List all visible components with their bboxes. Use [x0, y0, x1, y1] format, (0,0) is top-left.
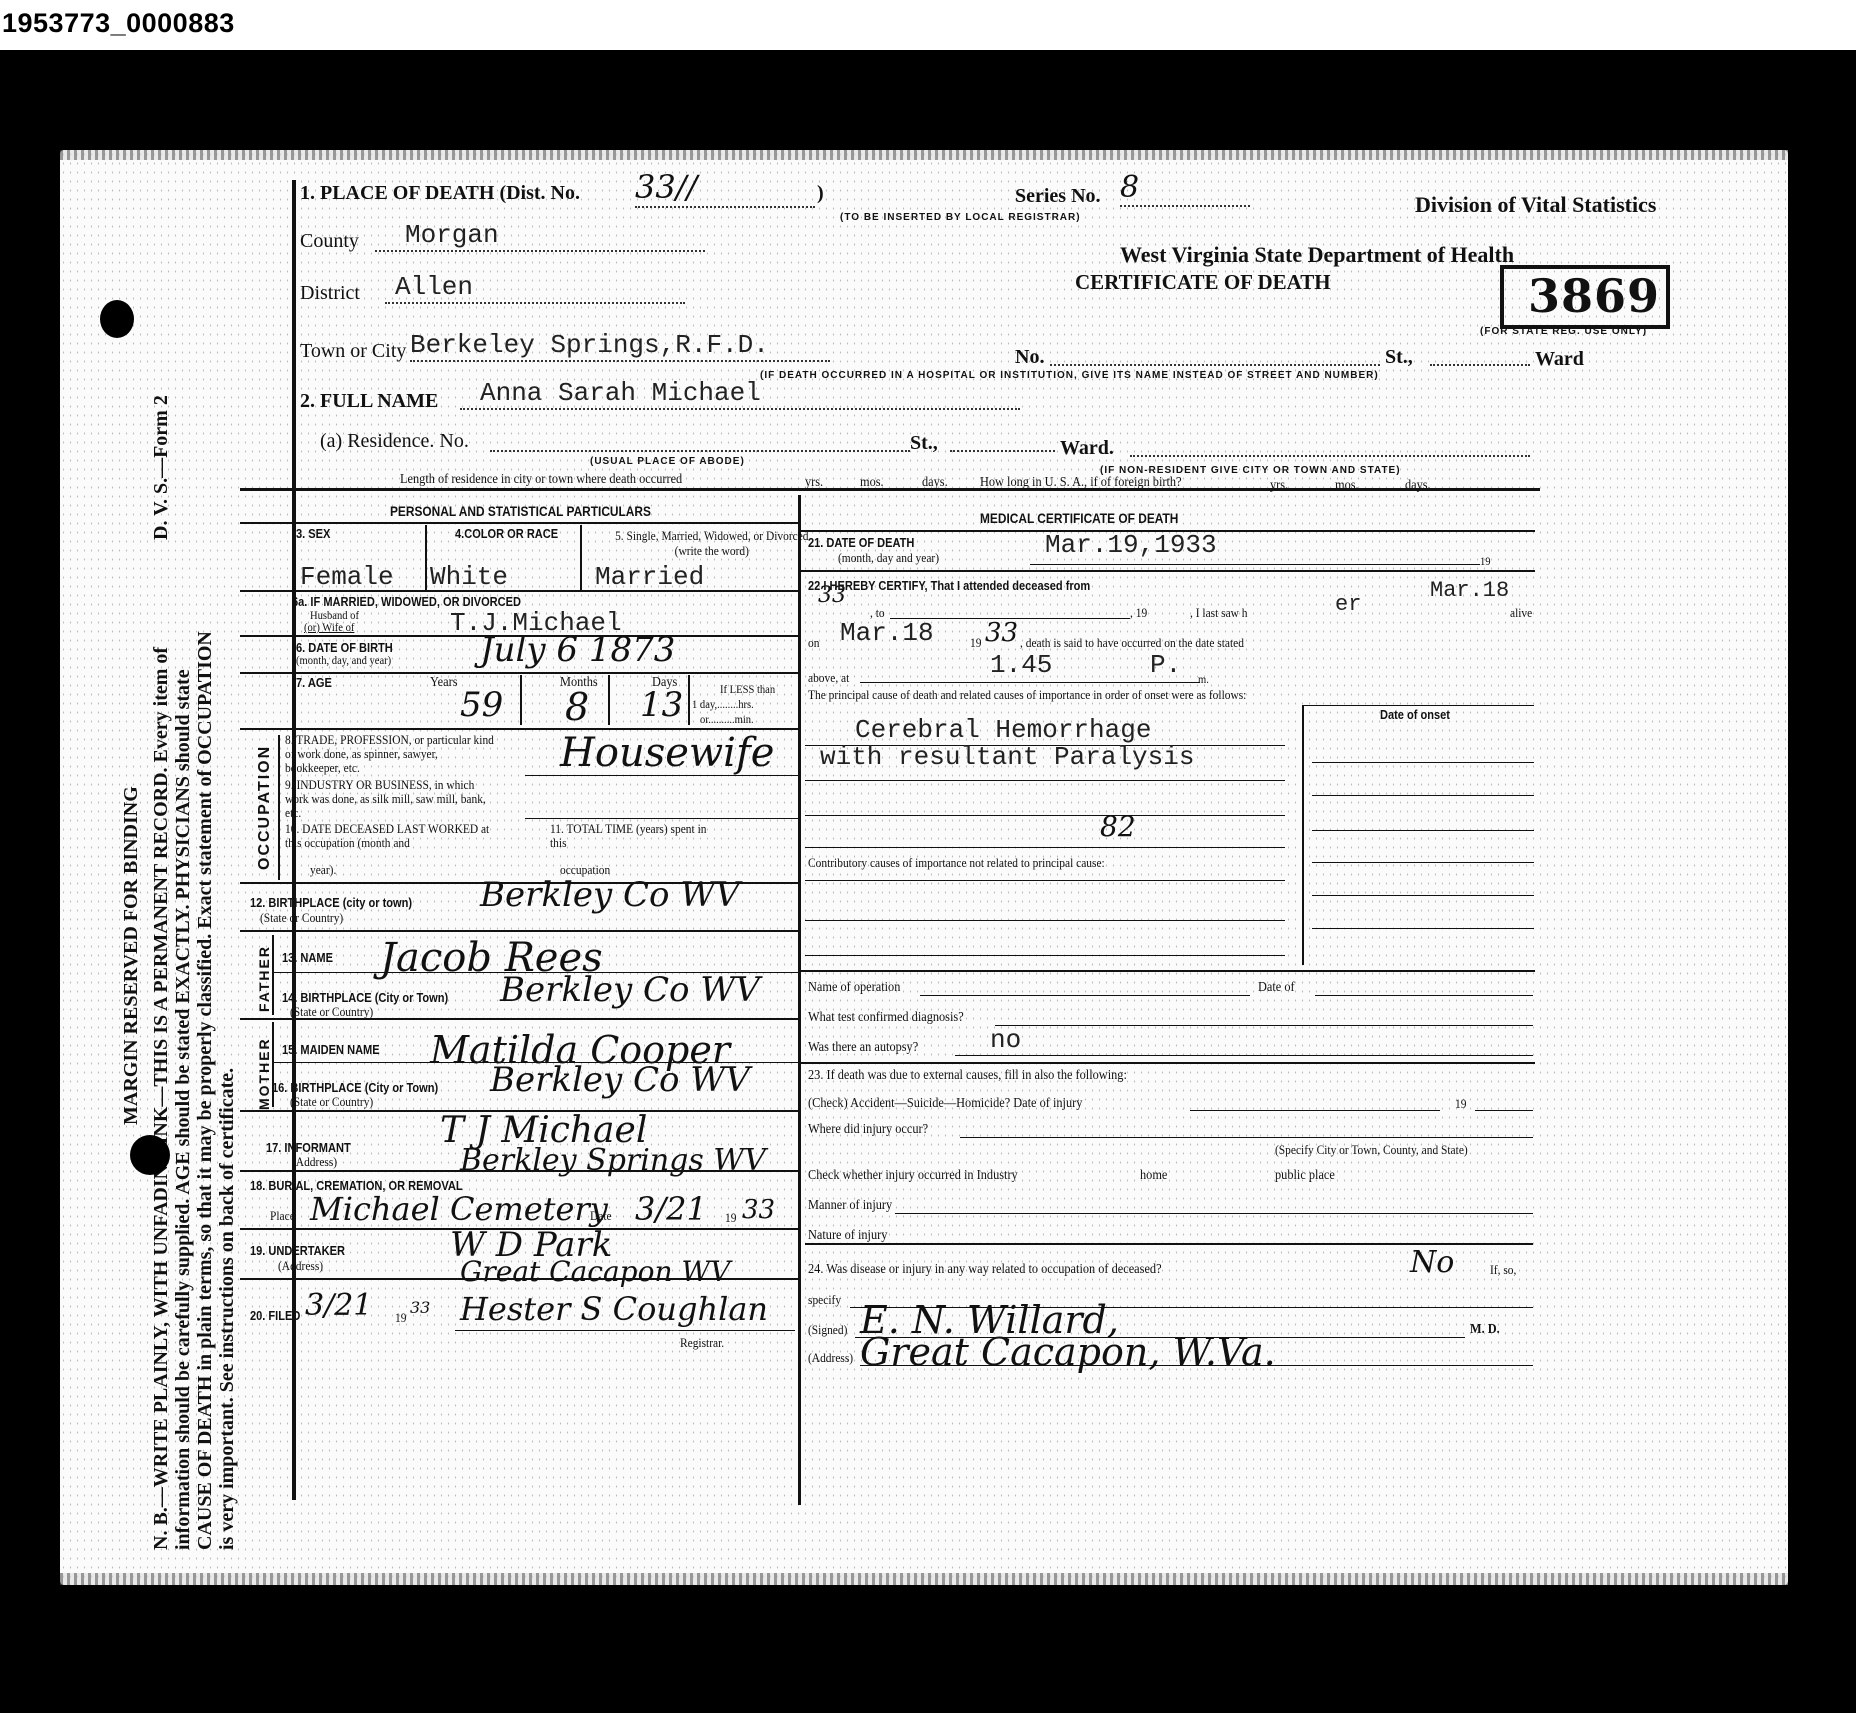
occupation-related-label: 24. Was disease or injury in any way rel…: [808, 1262, 1162, 1278]
last-seen-year: 33: [985, 618, 1018, 648]
race-value: White: [430, 562, 508, 592]
mother-bp-value: Berkley Co WV: [490, 1060, 750, 1100]
file-header: 1953773_0000883: [0, 0, 1856, 50]
town-label: Town or City: [300, 340, 406, 363]
dob-sub: (month, day, and year): [296, 653, 391, 668]
rule: [688, 675, 690, 725]
above-at-label: above, at: [808, 670, 849, 686]
rule: [955, 1055, 1533, 1056]
registrar-signature: Hester S Coughlan: [460, 1290, 768, 1328]
burial-place-value: Michael Cemetery: [310, 1190, 608, 1228]
attended-from: Mar.18: [1430, 578, 1509, 603]
autopsy-label: Was there an autopsy?: [808, 1040, 918, 1056]
attended-from-year: 33: [818, 583, 846, 608]
rule: [240, 1170, 798, 1172]
rule: [425, 525, 427, 590]
dist-note: (TO BE INSERTED BY LOCAL REGISTRAR): [840, 212, 1081, 223]
department-title: West Virginia State Department of Health: [1120, 242, 1514, 268]
street-label: St.,: [1385, 346, 1413, 369]
day-hrs-label: 1 day,........hrs.: [692, 697, 754, 712]
death-said-label: , death is said to have occurred on the …: [1020, 635, 1244, 651]
usa-mos: mos.: [1335, 478, 1359, 494]
marital-label: 5. Single, Married, Widowed, or Divorced…: [615, 528, 809, 558]
to-19: , 19: [1130, 605, 1147, 621]
burial-date-label: Date: [590, 1208, 612, 1224]
burial-place-label: Place: [270, 1208, 295, 1224]
if-so-label: If, so,: [1490, 1262, 1516, 1278]
rule: [608, 675, 610, 725]
punch-hole-bottom: [130, 1135, 170, 1175]
residence-field: [490, 450, 910, 452]
cause-1: Cerebral Hemorrhage: [855, 715, 1151, 745]
rule: [240, 672, 798, 674]
father-side-label: FATHER: [256, 945, 272, 1012]
rule: [860, 682, 1200, 683]
undertaker-label: 19. UNDERTAKER: [250, 1243, 345, 1258]
informant-label: 17. INFORMANT: [266, 1140, 351, 1155]
rule: [1312, 862, 1534, 863]
age-years-value: 59: [460, 685, 503, 725]
rule: [525, 818, 798, 819]
rule: [1315, 995, 1533, 996]
specify-place-note: (Specify City or Town, County, and State…: [1275, 1142, 1468, 1158]
last-saw-label: , I last saw h: [1190, 605, 1248, 621]
rule: [805, 847, 1285, 848]
rule: [800, 570, 1535, 572]
sex-label: 3. SEX: [296, 526, 330, 541]
md-label: M. D.: [1470, 1322, 1500, 1338]
age-years-label: Years: [430, 675, 458, 691]
last-seen-date: Mar.18: [840, 618, 934, 648]
last-worked-year-label: year).: [310, 862, 336, 878]
marital-value: Married: [595, 562, 704, 592]
rule: [995, 1025, 1533, 1026]
father-bp-value: Berkley Co WV: [500, 970, 760, 1010]
burial-year-prefix: 19: [725, 1210, 736, 1226]
dist-close-paren: ): [817, 182, 824, 205]
contributory-label: Contributory causes of importance not re…: [808, 856, 1125, 870]
rule: [520, 675, 522, 725]
on-label: on: [808, 635, 819, 651]
birthplace-label: 12. BIRTHPLACE (city or town): [250, 895, 412, 910]
personal-section-title: PERSONAL AND STATISTICAL PARTICULARS: [390, 503, 651, 519]
certify-label: 22 I HEREBY CERTIFY, That I attended dec…: [808, 578, 1090, 593]
ward-label: Ward: [1535, 348, 1584, 371]
where-label: Where did injury occur?: [808, 1122, 928, 1138]
dist-no-value: 33//: [635, 168, 815, 208]
rule: [1312, 795, 1534, 796]
rule: [240, 1018, 798, 1020]
rule: [272, 935, 274, 1015]
street-no-label: No.: [1015, 346, 1044, 369]
certificate-number: 3869: [1528, 269, 1660, 323]
rule: [525, 775, 798, 776]
race-label: 4.COLOR OR RACE: [455, 526, 558, 541]
father-bp-label: 14. BIRTHPLACE (City or Town): [282, 990, 448, 1005]
punch-hole-top: [100, 300, 134, 338]
date-onset-label: Date of onset: [1380, 707, 1450, 722]
cause-code: 82: [1100, 810, 1136, 843]
mother-side-label: MOTHER: [256, 1037, 272, 1110]
signed-label: (Signed): [808, 1322, 847, 1338]
residence-ward-field: [950, 450, 1055, 452]
ampm-value: P.: [1150, 650, 1181, 680]
injury-19: 19: [1455, 1096, 1466, 1112]
rule: [455, 1330, 795, 1331]
age-label: 7. AGE: [296, 675, 332, 690]
margin-instruction-4: is very important. See instructions on b…: [216, 1068, 239, 1550]
rule: [805, 780, 1285, 781]
certificate-number-box: 3869: [1500, 265, 1670, 329]
rule: [805, 920, 1285, 921]
margin-binding-note: MARGIN RESERVED FOR BINDING: [120, 786, 143, 1125]
dod-value: Mar.19,1933: [1045, 530, 1217, 560]
m-label: m.: [1198, 672, 1209, 687]
date-of-label: Date of: [1258, 980, 1295, 996]
cause-intro: The principal cause of death and related…: [808, 687, 1246, 703]
trade-value: Housewife: [560, 730, 774, 776]
birthplace-sub: (State or Country): [260, 910, 343, 926]
birthplace-value: Berkley Co WV: [480, 875, 740, 915]
filed-year: 33: [410, 1298, 430, 1317]
autopsy-value: no: [990, 1025, 1021, 1055]
certificate-number-note: (FOR STATE REG. USE ONLY): [1480, 326, 1647, 337]
mother-bp-label: 16. BIRTHPLACE (City or Town): [272, 1080, 438, 1095]
occupation-related-value: No: [1410, 1245, 1454, 1280]
mother-name-label: 15. MAIDEN NAME: [282, 1042, 380, 1057]
margin-instruction-1: N. B.—WRITE PLAINLY, WITH UNFADING INK—T…: [150, 647, 173, 1550]
age-months-value: 8: [565, 685, 589, 729]
rule: [240, 590, 798, 592]
medical-section-title: MEDICAL CERTIFICATE OF DEATH: [980, 510, 1178, 526]
rule: [1302, 705, 1304, 965]
county-label: County: [300, 230, 359, 253]
physician-address: Great Cacapon, W.Va.: [860, 1330, 1276, 1374]
occupation-side-label: OCCUPATION: [256, 745, 274, 870]
or-min-label: or..........min.: [700, 712, 754, 727]
full-name-value: Anna Sarah Michael: [460, 378, 1020, 410]
nonresident-field: [1130, 455, 1530, 457]
rule: [580, 525, 582, 590]
less-than-label: If LESS than: [720, 682, 775, 697]
operation-label: Name of operation: [808, 980, 900, 996]
form-id: D. V. S.—Form 2: [150, 395, 173, 540]
file-id: 1953773_0000883: [2, 8, 235, 39]
undertaker-address: Great Cacapon WV: [460, 1255, 730, 1288]
ward-field: [1430, 364, 1530, 366]
on-19: 19: [970, 635, 981, 651]
undertaker-sub: (Address): [278, 1258, 323, 1274]
sex-value: Female: [300, 562, 394, 592]
rule: [805, 880, 1285, 881]
physician-address-label: (Address): [808, 1350, 853, 1366]
informant-sub: (Address): [292, 1154, 337, 1170]
paper-edge-top: [60, 150, 1788, 160]
public-place-label: public place: [1275, 1168, 1335, 1184]
residence-st-label: St.,: [910, 432, 938, 455]
rule: [240, 1278, 798, 1280]
column-divider: [798, 495, 801, 1505]
rule: [895, 1213, 1533, 1214]
place-of-death-label: 1. PLACE OF DEATH (Dist. No.: [300, 182, 580, 205]
death-certificate: MARGIN RESERVED FOR BINDING D. V. S.—For…: [60, 150, 1788, 1585]
length-residence-label: Length of residence in city or town wher…: [400, 472, 682, 488]
filed-date: 3/21: [305, 1288, 372, 1323]
abode-note: (USUAL PLACE OF ABODE): [590, 456, 745, 467]
rule: [805, 955, 1285, 956]
usa-yrs: yrs.: [1270, 478, 1288, 494]
burial-date-value: 3/21: [635, 1190, 707, 1228]
rule: [805, 815, 1285, 816]
rule: [1312, 895, 1534, 896]
registrar-label: Registrar.: [680, 1335, 724, 1351]
informant-address: Berkley Springs WV: [460, 1143, 766, 1178]
filed-label: 20. FILED: [250, 1308, 300, 1323]
test-label: What test confirmed diagnosis?: [808, 1010, 964, 1026]
father-name-label: 13. NAME: [282, 950, 333, 965]
margin-instruction-3: CAUSE OF DEATH in plain terms, so that i…: [194, 631, 217, 1550]
rule: [1312, 830, 1534, 831]
time-value: 1.45: [990, 650, 1052, 680]
dod-sub: (month, day and year): [838, 550, 939, 566]
residence-label: (a) Residence. No.: [320, 430, 469, 453]
wife-of-label: (or) Wife of: [304, 620, 354, 635]
rule: [960, 1137, 1533, 1138]
age-days-value: 13: [640, 685, 683, 725]
rule: [1302, 705, 1534, 706]
rule: [1312, 762, 1534, 763]
certificate-title: CERTIFICATE OF DEATH: [1075, 270, 1331, 295]
nature-label: Nature of injury: [808, 1228, 887, 1244]
trade-label: 8. TRADE, PROFESSION, or particular kind…: [285, 733, 496, 775]
check-label: (Check) Accident—Suicide—Homicide? Date …: [808, 1096, 1082, 1112]
dod-label: 21. DATE OF DEATH: [808, 535, 914, 550]
rule: [1475, 1110, 1533, 1111]
rule: [1190, 1110, 1440, 1111]
industry-check-label: Check whether injury occurred in Industr…: [808, 1168, 1018, 1184]
rule: [278, 735, 280, 880]
section-divider: [240, 488, 1540, 491]
usa-days: days.: [1405, 478, 1431, 494]
home-label: home: [1140, 1168, 1167, 1184]
mother-bp-sub: (State or Country): [290, 1094, 373, 1110]
division-title: Division of Vital Statistics: [1415, 192, 1656, 218]
rule: [1312, 928, 1534, 929]
margin-instruction-2: information should be carefully supplied…: [172, 669, 195, 1550]
last-worked-label: 10. DATE DECEASED LAST WORKED at this oc…: [285, 822, 505, 850]
series-label: Series No.: [1015, 185, 1101, 208]
specify-label: specify: [808, 1292, 841, 1308]
rule: [240, 930, 798, 932]
burial-year-value: 33: [742, 1195, 775, 1225]
rule: [800, 1062, 1535, 1064]
total-time-label: 11. TOTAL TIME (years) spent in this: [550, 822, 708, 850]
rule: [1030, 564, 1480, 565]
manner-label: Manner of injury: [808, 1198, 892, 1214]
last-saw-suffix: er: [1335, 592, 1361, 617]
district-value: Allen: [385, 272, 685, 304]
rule: [920, 995, 1250, 996]
cause-2: with resultant Paralysis: [820, 742, 1194, 772]
spouse-label: 6a. IF MARRIED, WIDOWED, OR DIVORCED: [292, 594, 521, 609]
rule: [860, 1365, 1533, 1366]
external-label: 23. If death was due to external causes,…: [808, 1068, 1127, 1084]
dod-19: 19: [1480, 554, 1491, 569]
paper-edge-bottom: [60, 1573, 1788, 1585]
town-value: Berkeley Springs,R.F.D.: [410, 330, 830, 362]
dob-value: July 6 1873: [480, 630, 675, 670]
series-no-value: 8: [1120, 170, 1250, 207]
district-label: District: [300, 282, 360, 305]
rule: [800, 970, 1535, 972]
filed-year-prefix: 19: [395, 1310, 406, 1326]
county-value: Morgan: [375, 220, 705, 252]
alive-label: alive: [1510, 605, 1532, 621]
industry-label: 9. INDUSTRY OR BUSINESS, in which work w…: [285, 778, 496, 820]
rule: [240, 522, 798, 524]
street-no-field: [1050, 364, 1380, 366]
full-name-label: 2. FULL NAME: [300, 390, 438, 413]
residence-ward-label: Ward.: [1060, 437, 1114, 460]
